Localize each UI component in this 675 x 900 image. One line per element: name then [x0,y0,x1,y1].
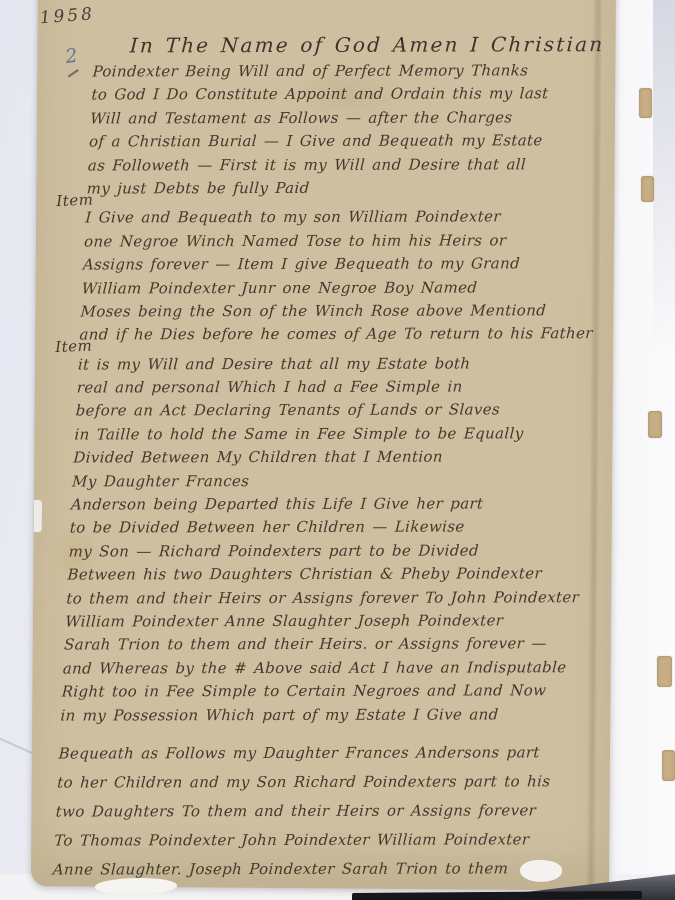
manuscript-line: Sarah Trion to them and their Heirs. or … [63,633,564,658]
manuscript-line: one Negroe Winch Named Tose to him his H… [84,229,585,254]
edge-tape-tab [34,500,42,532]
manuscript-line: In The Name of God Amen I Christian [129,29,594,60]
manuscript-line: William Poindexter Junr one Negroe Boy N… [81,276,582,301]
manuscript-line: my Son — Richard Poindexters part to be … [68,539,569,564]
manuscript-line: in my Possession Which part of my Estate… [60,703,561,728]
manuscript-line: and if he Dies before he comes of Age To… [79,322,580,347]
background-shadow [653,0,675,420]
punch-hole [657,656,672,687]
manuscript-line: to her Children and my Son Richard Poind… [56,767,557,797]
manuscript-line: Moses being the Son of the Winch Rose ab… [80,299,581,324]
manuscript-line: To Thomas Poindexter John Poindexter Wil… [54,825,555,855]
manuscript-line: Divided Between My Children that I Menti… [73,445,574,470]
punch-hole [641,176,654,202]
manuscript-text: In The Name of God Amen I Christian Poin… [52,29,595,884]
manuscript-line: Anderson being Departed this Life I Give… [70,492,571,517]
manuscript-line: in Taille to hold the Same in Fee Simple… [74,422,575,447]
manuscript-line: Bequeath as Follows my Daughter Frances … [58,738,559,768]
punch-hole [648,411,662,438]
manuscript-line: real and personal Which I had a Fee Simp… [76,375,577,400]
photograph-of-manuscript: 1958 2 Item Item In The Name of God Amen… [0,0,675,900]
manuscript-line: it is my Will and Desire that all my Est… [77,352,578,377]
manuscript-line: my just Debts be fully Paid [86,176,587,201]
folio-number: 1958 [39,4,96,28]
manuscript-line: to them and their Heirs or Assigns forev… [66,586,567,611]
manuscript-line: to God I Do Constitute Appoint and Ordai… [91,83,592,108]
manuscript-line: as Followeth — First it is my Will and D… [87,153,588,178]
manuscript-line: two Daughters To them and their Heirs or… [55,796,556,826]
manuscript-line: Between his two Daughters Christian & Ph… [67,562,568,587]
manuscript-line: Assigns forever — Item I give Bequeath t… [82,252,583,277]
manuscript-line: before an Act Declaring Tenants of Lands… [75,399,576,424]
manuscript-line: Will and Testament as Follows — after th… [90,106,591,131]
punch-hole [639,88,652,118]
manuscript-line: I Give and Bequeath to my son William Po… [85,206,586,231]
manuscript-line: to be Divided Between her Children — Lik… [69,516,570,541]
clerk-tick-mark [68,69,79,77]
manuscript-line: of a Christian Burial — I Give and Beque… [88,129,589,154]
manuscript-line: Poindexter Being Will and of Perfect Mem… [92,59,593,84]
dark-object-edge [352,891,642,900]
manuscript-line: William Poindexter Anne Slaughter Joseph… [65,609,566,634]
manuscript-line: and Whereas by the # Above said Act I ha… [62,656,563,681]
manuscript-line: My Daughter Frances [72,469,573,494]
manuscript-page: 1958 2 Item Item In The Name of God Amen… [31,0,616,891]
manuscript-line: Right too in Fee Simple to Certain Negro… [61,679,562,704]
clerk-mark: 2 [64,46,79,67]
punch-hole [662,750,675,781]
